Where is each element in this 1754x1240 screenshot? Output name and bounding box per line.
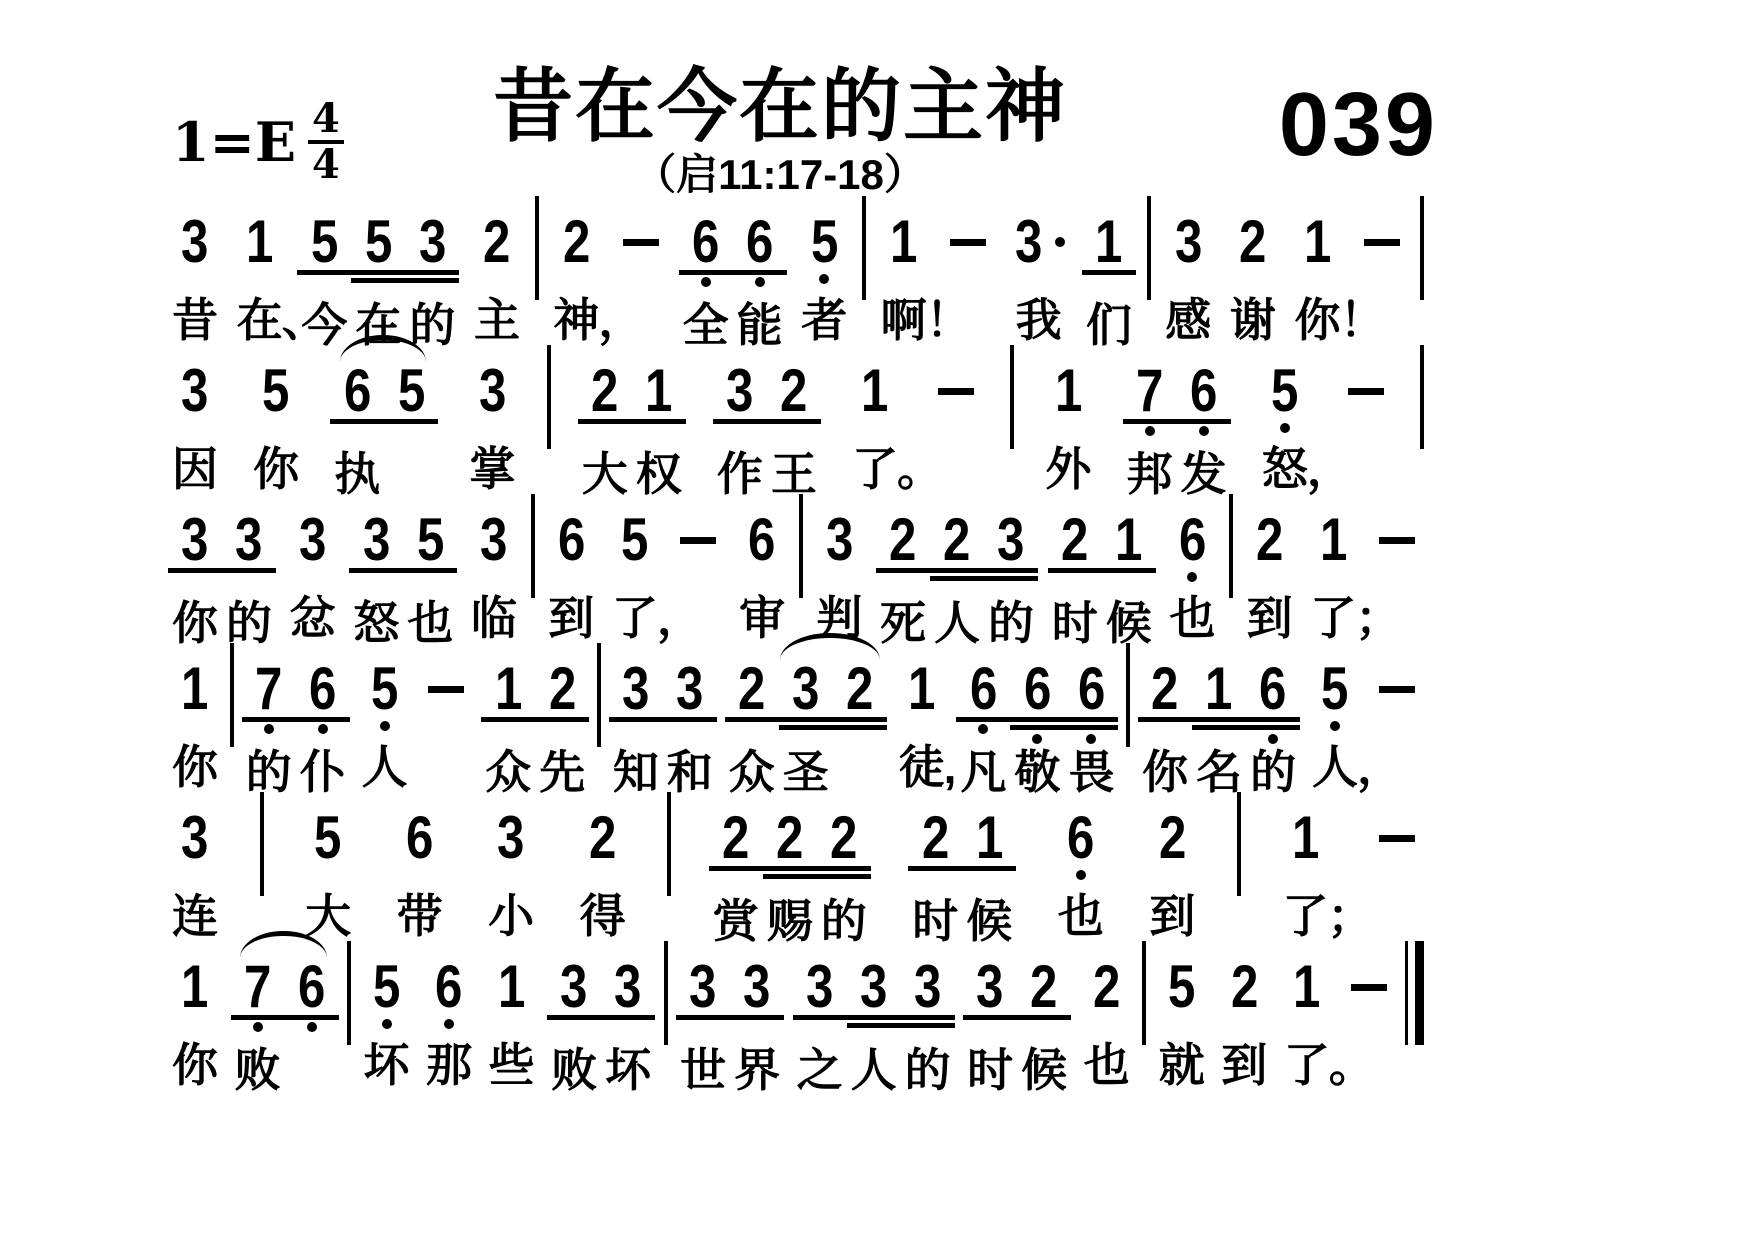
barline bbox=[1147, 196, 1151, 300]
note-number: 1 bbox=[1292, 810, 1319, 866]
barline bbox=[260, 792, 264, 896]
lyric-cell: 带 bbox=[393, 890, 447, 948]
note-cell: 7邦 bbox=[1123, 363, 1177, 506]
lyric-punctuation: , bbox=[944, 741, 957, 794]
lyric-cell bbox=[929, 443, 983, 501]
note-cell: 5大 bbox=[301, 810, 355, 948]
augmentation-dot bbox=[1055, 237, 1065, 247]
lyric-cell: 的 bbox=[222, 597, 276, 655]
notebox: 3 bbox=[676, 959, 730, 1020]
notebox bbox=[929, 363, 983, 419]
notebox: 6 bbox=[1177, 363, 1231, 424]
lyric-syllable: 神 bbox=[553, 294, 599, 352]
low-octave-dot bbox=[382, 1019, 392, 1029]
beam-group: 3知3和 bbox=[609, 661, 717, 804]
note-number: 3 bbox=[299, 512, 326, 568]
note-cell: 6全 bbox=[679, 214, 733, 357]
lyric-syllable: 敬 bbox=[1014, 746, 1060, 804]
barline bbox=[547, 345, 551, 449]
barline-cell bbox=[1420, 214, 1424, 300]
note-cell: 6凡 bbox=[956, 661, 1010, 804]
note-number: 1 bbox=[1320, 512, 1347, 568]
note-cell: 6也 bbox=[1054, 810, 1108, 948]
note-cell: 2众 bbox=[725, 661, 779, 804]
note-number: 3 bbox=[622, 661, 649, 717]
lyric-cell: 败 bbox=[231, 1044, 285, 1102]
lyric-syllable: 到 bbox=[1247, 592, 1293, 650]
music-system: 3连5大6带3小2得2赏2赐2的2时1候6也2到1了； bbox=[168, 810, 1424, 959]
notebox: 2 bbox=[470, 214, 524, 270]
lyric-syllable: 了 bbox=[1284, 1039, 1330, 1097]
lyric-cell bbox=[1355, 294, 1409, 352]
lyric-cell: 也 bbox=[1165, 592, 1219, 650]
lyric-cell: 你 bbox=[249, 443, 303, 501]
note-cell: 3怒 bbox=[349, 512, 403, 655]
note-number: 3 bbox=[479, 363, 506, 419]
lyric-syllable: 我 bbox=[1016, 294, 1062, 352]
lyric-syllable: 感 bbox=[1165, 294, 1211, 352]
notebox: 2 bbox=[709, 810, 763, 871]
beam-group: 2时1候 bbox=[1048, 512, 1156, 655]
note-cell: 3昔 bbox=[168, 214, 222, 352]
lyric-syllable: 怒 bbox=[353, 597, 399, 655]
lyric-cell: 众 bbox=[481, 746, 535, 804]
barline-cell bbox=[1420, 363, 1424, 449]
barline-cell bbox=[667, 810, 671, 896]
lyric-syllable: 也 bbox=[1058, 890, 1104, 948]
notebox: 1 bbox=[1278, 810, 1332, 866]
notebox: 5 bbox=[351, 214, 405, 275]
note-number: 5 bbox=[311, 214, 338, 270]
lyric-syllable: 就 bbox=[1159, 1039, 1205, 1097]
note-number: 1 bbox=[1095, 214, 1122, 270]
dash-cell bbox=[419, 661, 473, 799]
lyric-syllable: 先 bbox=[539, 746, 585, 804]
lyric-cell: 谢 bbox=[1226, 294, 1280, 352]
lyric-cell: 到 bbox=[1243, 592, 1297, 650]
music-system: 1你7的6仆5人1众2先3知3和2众3圣21徒,6凡6敬6畏2你1名6的5人， bbox=[168, 661, 1424, 810]
lyric-cell: 忿 bbox=[286, 592, 340, 650]
lyric-syllable: 界 bbox=[734, 1044, 780, 1102]
note-number: 2 bbox=[776, 810, 803, 866]
beam-group: 2赏2赐2的 bbox=[709, 810, 871, 953]
note-cell: 3作 bbox=[713, 363, 767, 506]
low-octave-dot bbox=[1145, 426, 1155, 436]
lyric-cell bbox=[1370, 890, 1424, 948]
barline bbox=[1420, 196, 1424, 300]
lyric-cell: 到 bbox=[544, 592, 598, 650]
lyric-cell: 们 bbox=[1082, 299, 1136, 357]
lyric-cell: 了； bbox=[1278, 890, 1332, 948]
lyric-cell: 也 bbox=[1054, 890, 1108, 948]
note-number: 6 bbox=[309, 661, 336, 717]
note-cell: 1你 bbox=[168, 959, 222, 1097]
note-number: 6 bbox=[1078, 661, 1105, 717]
lyric-cell: 你 bbox=[168, 597, 222, 655]
lyric-cell: 时 bbox=[908, 895, 962, 953]
lyric-syllable: 众 bbox=[485, 746, 531, 804]
sixteenth-beam bbox=[847, 1023, 901, 1028]
music-sheet: 3昔1在、5今5在3的2主2神，6全6能5者1啊！3我1们3感2谢1你！3因5你… bbox=[168, 214, 1424, 1108]
note-number: 6 bbox=[1067, 810, 1094, 866]
notebox: 6 bbox=[330, 363, 384, 424]
note-number: 3 bbox=[181, 810, 208, 866]
note-cell: 3坏 bbox=[601, 959, 655, 1102]
note-cell: 3圣 bbox=[779, 661, 833, 804]
note-cell: 1了； bbox=[1306, 512, 1360, 650]
notebox: 2 bbox=[908, 810, 962, 871]
barline bbox=[230, 643, 234, 747]
beam-group: 1众2先 bbox=[481, 661, 589, 804]
lyric-cell: 赏 bbox=[709, 895, 763, 953]
note-cell: 6那 bbox=[422, 959, 476, 1097]
notebox: 2 bbox=[725, 661, 779, 722]
note-cell: 6敬 bbox=[1010, 661, 1064, 804]
dash-cell bbox=[671, 512, 725, 650]
note-number: 1 bbox=[498, 959, 525, 1015]
notebox: 1 bbox=[168, 661, 222, 717]
lyric-cell: 连 bbox=[168, 890, 222, 948]
lyric-syllable: 邦 bbox=[1127, 448, 1173, 506]
notebox: 6 bbox=[285, 959, 339, 1020]
lyric-cell: 凡 bbox=[956, 746, 1010, 804]
lyric-syllable: 和 bbox=[667, 746, 713, 804]
note-number: 3 bbox=[1175, 214, 1202, 270]
notebox: 2 bbox=[549, 214, 603, 270]
lyric-cell: 大 bbox=[578, 448, 632, 506]
note-cell: 1候 bbox=[1102, 512, 1156, 655]
notebox: 6 bbox=[422, 959, 476, 1015]
lyric-cell: 到 bbox=[1145, 890, 1199, 948]
note-cell: 2 bbox=[833, 661, 887, 804]
barline-cell bbox=[1126, 661, 1130, 747]
note-number: 6 bbox=[406, 810, 433, 866]
lyric-syllable: 小 bbox=[488, 890, 534, 948]
notebox: 2 bbox=[576, 810, 630, 866]
barline-cell bbox=[664, 959, 668, 1045]
notebox: 3 bbox=[547, 959, 601, 1020]
note-number: 5 bbox=[373, 959, 400, 1015]
lyric-cell bbox=[1339, 443, 1393, 501]
notebox: 3 bbox=[984, 512, 1038, 573]
lyric-cell: 界 bbox=[730, 1044, 784, 1102]
note-cell: 2到 bbox=[1217, 959, 1271, 1097]
note-cell: 3人 bbox=[847, 959, 901, 1102]
lyric-cell: 的 bbox=[1246, 746, 1300, 804]
note-cell: 2候 bbox=[1017, 959, 1071, 1102]
duration-dash bbox=[1364, 239, 1400, 246]
note-number: 5 bbox=[1168, 959, 1195, 1015]
lyric-cell: 权 bbox=[632, 448, 686, 506]
notebox: 5 bbox=[1308, 661, 1362, 717]
notebox: 1 bbox=[1306, 512, 1360, 568]
notebox: 2 bbox=[1145, 810, 1199, 866]
note-cell: 3感 bbox=[1161, 214, 1215, 352]
lyric-cell: 和 bbox=[663, 746, 717, 804]
note-number: 5 bbox=[262, 363, 289, 419]
notebox bbox=[614, 214, 668, 270]
beam-group: 2时1候 bbox=[908, 810, 1016, 953]
lyric-cell: 外 bbox=[1041, 443, 1095, 501]
barline bbox=[1420, 345, 1424, 449]
note-cell: 6审 bbox=[735, 512, 789, 650]
notebox: 1 bbox=[1280, 959, 1334, 1015]
notebox: 3 bbox=[465, 363, 519, 419]
sixteenth-beam bbox=[833, 725, 887, 730]
barline-cell bbox=[862, 214, 866, 300]
notebox bbox=[941, 214, 995, 270]
note-cell: 2你 bbox=[1138, 661, 1192, 804]
note-number: 6 bbox=[746, 214, 773, 270]
lyric-syllable: 主 bbox=[474, 294, 520, 352]
notebox: 5 bbox=[384, 363, 438, 424]
note-cell: 2先 bbox=[535, 661, 589, 804]
note-cell: 2谢 bbox=[1226, 214, 1280, 352]
lyric-cell: 也 bbox=[1080, 1039, 1134, 1097]
note-cell: 2的 bbox=[817, 810, 871, 953]
note-cell: 3的 bbox=[984, 512, 1038, 655]
lyric-syllable: 时 bbox=[912, 895, 958, 953]
low-octave-dot bbox=[264, 724, 274, 734]
sixteenth-beam bbox=[1246, 725, 1300, 730]
lyric-syllable: 赐 bbox=[767, 895, 813, 953]
note-number: 3 bbox=[726, 363, 753, 419]
lyric-syllable: 的 bbox=[988, 597, 1034, 655]
barline bbox=[1237, 792, 1241, 896]
note-number: 2 bbox=[1061, 512, 1088, 568]
lyric-syllable: 能 bbox=[737, 299, 783, 357]
notebox: 6 bbox=[956, 661, 1010, 722]
beam-group: 3世3界 bbox=[676, 959, 784, 1102]
note-number: 2 bbox=[1256, 512, 1283, 568]
sixteenth-beam bbox=[930, 576, 984, 581]
notebox: 3 bbox=[405, 214, 459, 275]
lyric-syllable: 那 bbox=[426, 1039, 472, 1097]
lyric-cell: 人 bbox=[930, 597, 984, 655]
lyric-syllable: 知 bbox=[613, 746, 659, 804]
lyric-cell: 人 bbox=[358, 741, 412, 799]
lyric-syllable: 因 bbox=[172, 443, 218, 501]
lyric-syllable: 连 bbox=[172, 890, 218, 948]
note-number: 2 bbox=[889, 512, 916, 568]
note-number: 2 bbox=[1159, 810, 1186, 866]
note-cell: 3因 bbox=[168, 363, 222, 501]
lyric-syllable: 候 bbox=[1106, 597, 1152, 655]
lyric-cell: 怒 bbox=[349, 597, 403, 655]
beam-group: 2死2人3的 bbox=[876, 512, 1038, 655]
dash-cell bbox=[929, 363, 983, 501]
note-number: 7 bbox=[1136, 363, 1163, 419]
lyric-syllable: 也 bbox=[407, 597, 453, 655]
music-system: 1你7败65坏6那1些3败3坏3世3界3之3人3的3时2候2也5就2到1了。 bbox=[168, 959, 1424, 1108]
notebox bbox=[1342, 959, 1396, 1015]
note-cell: 2主 bbox=[470, 214, 524, 352]
lyric-cell: 败 bbox=[547, 1044, 601, 1102]
lyric-cell bbox=[833, 746, 887, 804]
note-number: 5 bbox=[621, 512, 648, 568]
note-cell: 6能 bbox=[733, 214, 787, 357]
note-cell: 3掌 bbox=[465, 363, 519, 501]
dash-cell bbox=[1342, 959, 1396, 1097]
notebox: 6 bbox=[296, 661, 350, 722]
note-number: 1 bbox=[1304, 214, 1331, 270]
lyric-syllable: 败 bbox=[235, 1044, 281, 1102]
note-number: 1 bbox=[908, 661, 935, 717]
notebox: 2 bbox=[1243, 512, 1297, 568]
note-number: 3 bbox=[235, 512, 262, 568]
notebox: 1 bbox=[632, 363, 686, 424]
note-cell: 3世 bbox=[676, 959, 730, 1102]
lyric-cell: 仆 bbox=[296, 746, 350, 804]
notebox: 1 bbox=[877, 214, 931, 270]
low-octave-dot bbox=[307, 1022, 317, 1032]
sixteenth-beam bbox=[763, 874, 817, 879]
lyric-syllable: 死 bbox=[880, 597, 926, 655]
note-number: 1 bbox=[181, 959, 208, 1015]
note-cell: 1了。 bbox=[848, 363, 902, 501]
lyric-cell: 神， bbox=[549, 294, 603, 352]
lyric-cell: 圣 bbox=[779, 746, 833, 804]
notebox: 2 bbox=[1217, 959, 1271, 1015]
note-number: 2 bbox=[549, 661, 576, 717]
notebox: 2 bbox=[876, 512, 930, 573]
beam-group: 6全6能 bbox=[679, 214, 787, 357]
note-number: 5 bbox=[314, 810, 341, 866]
lyric-cell bbox=[614, 294, 668, 352]
notebox: 2 bbox=[1138, 661, 1192, 722]
note-number: 2 bbox=[1030, 959, 1057, 1015]
notebox: 3 bbox=[847, 959, 901, 1020]
lyric-cell: 审 bbox=[735, 592, 789, 650]
note-number: 3 bbox=[560, 959, 587, 1015]
sixteenth-beam bbox=[351, 278, 405, 283]
beam-group: 2众3圣2 bbox=[725, 661, 887, 804]
note-number: 5 bbox=[365, 214, 392, 270]
notebox: 6 bbox=[544, 512, 598, 568]
note-cell: 2赏 bbox=[709, 810, 763, 953]
beam-group: 2你1名6的 bbox=[1138, 661, 1300, 804]
notebox: 2 bbox=[1080, 959, 1134, 1015]
sixteenth-beam bbox=[779, 725, 833, 730]
lyric-syllable: 候 bbox=[1021, 1044, 1067, 1102]
lyric-cell: 敬 bbox=[1010, 746, 1064, 804]
beam-group: 3作2王 bbox=[713, 363, 821, 506]
final-barline-thick bbox=[1415, 941, 1424, 1045]
dash-cell bbox=[1370, 661, 1424, 799]
note-cell: 2王 bbox=[767, 363, 821, 506]
notebox: 6 bbox=[1165, 512, 1219, 568]
notebox: 5 bbox=[797, 214, 851, 270]
note-cell: 6也 bbox=[1165, 512, 1219, 650]
note-number: 5 bbox=[417, 512, 444, 568]
notebox bbox=[1370, 512, 1424, 568]
lyric-cell bbox=[384, 448, 438, 506]
notebox: 3 bbox=[901, 959, 955, 1020]
note-number: 1 bbox=[976, 810, 1003, 866]
low-octave-dot bbox=[701, 277, 711, 287]
duration-dash bbox=[680, 537, 716, 544]
lyric-syllable: 人 bbox=[362, 741, 408, 799]
low-octave-dot bbox=[1268, 734, 1278, 744]
lyric-cell: 些 bbox=[485, 1039, 539, 1097]
note-cell: 5怒， bbox=[1258, 363, 1312, 501]
duration-dash bbox=[1379, 686, 1415, 693]
note-cell: 2神， bbox=[549, 214, 603, 352]
notebox: 6 bbox=[393, 810, 447, 866]
note-number: 2 bbox=[722, 810, 749, 866]
note-cell: 5 bbox=[384, 363, 438, 506]
lyric-syllable: 了 bbox=[612, 592, 658, 650]
duration-dash bbox=[1379, 835, 1415, 842]
low-octave-dot bbox=[1330, 721, 1340, 731]
note-cell: 6执 bbox=[330, 363, 384, 506]
note-cell: 1在、 bbox=[233, 214, 287, 352]
note-number: 6 bbox=[344, 363, 371, 419]
note-cell: 2赐 bbox=[763, 810, 817, 953]
note-cell: 5人， bbox=[1308, 661, 1362, 799]
final-barline bbox=[1405, 959, 1424, 1045]
lyric-cell bbox=[285, 1044, 339, 1102]
duration-dash bbox=[950, 239, 986, 246]
barline bbox=[1010, 345, 1014, 449]
low-octave-dot bbox=[819, 274, 829, 284]
lyric-syllable: 人 bbox=[1312, 741, 1358, 799]
low-octave-dot bbox=[1032, 734, 1042, 744]
barline-cell bbox=[531, 512, 535, 598]
dash-cell bbox=[614, 214, 668, 352]
note-number: 3 bbox=[480, 512, 507, 568]
sixteenth-beam bbox=[1192, 725, 1246, 730]
barline-cell bbox=[597, 661, 601, 747]
low-octave-dot bbox=[1086, 734, 1096, 744]
lyric-syllable: 的 bbox=[821, 895, 867, 953]
barline-cell bbox=[260, 810, 264, 896]
barline bbox=[347, 941, 351, 1045]
notebox bbox=[1339, 363, 1393, 419]
lyric-syllable: 全 bbox=[683, 299, 729, 357]
lyric-cell: 临 bbox=[467, 592, 521, 650]
lyric-cell: 众 bbox=[725, 746, 779, 804]
lyric-syllable: 人 bbox=[934, 597, 980, 655]
barline-cell bbox=[535, 214, 539, 300]
note-number: 3 bbox=[689, 959, 716, 1015]
note-number: 6 bbox=[1179, 512, 1206, 568]
note-number: 7 bbox=[244, 959, 271, 1015]
note-number: 1 bbox=[1115, 512, 1142, 568]
notebox: 2 bbox=[1048, 512, 1102, 573]
notebox: 6 bbox=[733, 214, 787, 275]
final-barline-lines bbox=[1405, 941, 1424, 1045]
notebox bbox=[1370, 661, 1424, 717]
lyric-cell: 者 bbox=[797, 294, 851, 352]
note-cell: 2大 bbox=[578, 363, 632, 506]
lyric-cell: 徒, bbox=[895, 741, 949, 799]
dash-cell bbox=[1355, 214, 1409, 352]
lyric-cell: 作 bbox=[713, 448, 767, 506]
lyric-syllable: 之 bbox=[797, 1044, 843, 1102]
lyric-syllable: 了 bbox=[1310, 592, 1356, 650]
dash-cell bbox=[941, 214, 995, 352]
notebox: 3 bbox=[812, 512, 866, 568]
barline bbox=[1229, 494, 1233, 598]
note-number: 2 bbox=[1231, 959, 1258, 1015]
lyric-syllable: 些 bbox=[489, 1039, 535, 1097]
sixteenth-beam bbox=[1064, 725, 1118, 730]
duration-dash bbox=[428, 686, 464, 693]
note-number: 6 bbox=[748, 512, 775, 568]
lyric-cell: 时 bbox=[1048, 597, 1102, 655]
notebox: 3 bbox=[168, 214, 222, 270]
